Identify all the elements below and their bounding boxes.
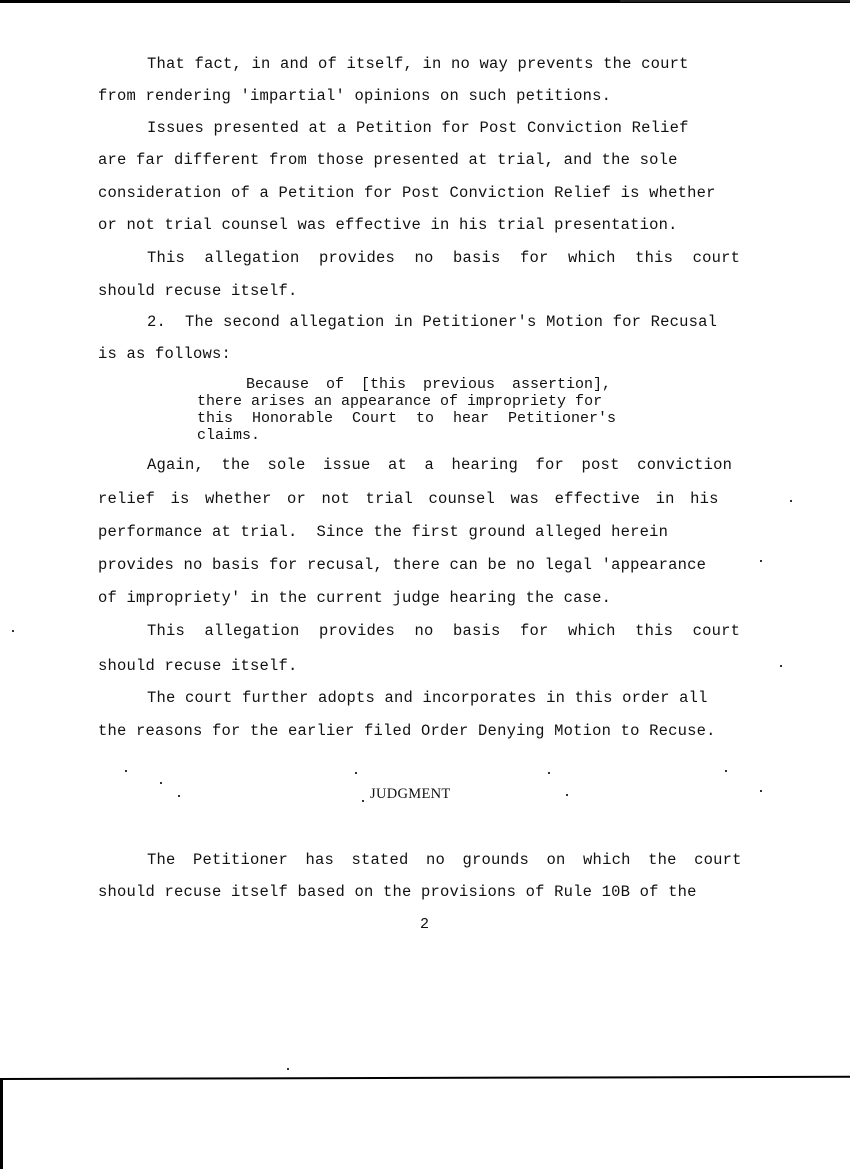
paragraph-3-line-2: should recuse itself. <box>98 282 298 300</box>
scan-bottom-border <box>0 1076 850 1080</box>
scan-speck <box>760 790 762 792</box>
scan-speck <box>362 800 364 802</box>
block-quote-line-3: this Honorable Court to hear Petitioner'… <box>197 410 616 427</box>
block-quote-line-4: claims. <box>197 427 260 444</box>
scan-speck <box>566 794 568 796</box>
paragraph-9-line-1: The Petitioner has stated no grounds on … <box>147 851 742 869</box>
paragraph-6-line-1: Again, the sole issue at a hearing for p… <box>147 456 732 474</box>
scan-speck <box>125 770 127 772</box>
scan-speck <box>548 772 550 774</box>
paragraph-1-line-2: from rendering 'impartial' opinions on s… <box>98 87 611 105</box>
paragraph-1-line-1: That fact, in and of itself, in no way p… <box>147 55 742 73</box>
page-number: 2 <box>420 916 429 933</box>
scan-speck <box>160 782 162 784</box>
paragraph-7-line-1: This allegation provides no basis for wh… <box>147 622 740 640</box>
section-heading-judgment: JUDGMENT <box>370 786 451 803</box>
scan-speck <box>287 1068 289 1070</box>
paragraph-8-line-1: The court further adopts and incorporate… <box>147 689 708 707</box>
scan-top-border-fade <box>620 0 850 2</box>
paragraph-6-line-5: of impropriety' in the current judge hea… <box>98 589 611 607</box>
numbered-allegation-2-line-2: is as follows: <box>98 345 231 363</box>
scan-speck <box>780 665 782 667</box>
scan-speck <box>725 770 727 772</box>
paragraph-6-line-4: provides no basis for recusal, there can… <box>98 556 706 574</box>
scan-speck <box>12 630 14 632</box>
paragraph-3-line-1: This allegation provides no basis for wh… <box>147 249 740 267</box>
numbered-allegation-2-line-1: 2. The second allegation in Petitioner's… <box>147 313 717 331</box>
paragraph-7-line-2: should recuse itself. <box>98 657 298 675</box>
paragraph-2-line-4: or not trial counsel was effective in hi… <box>98 216 678 234</box>
scan-speck <box>178 795 180 797</box>
block-quote-line-1: Because of [this previous assertion], <box>246 376 611 393</box>
paragraph-2-line-3: consideration of a Petition for Post Con… <box>98 184 716 202</box>
paragraph-9-line-2: should recuse itself based on the provis… <box>98 883 697 901</box>
scan-speck <box>355 772 357 774</box>
scan-speck <box>790 500 792 502</box>
paragraph-6-line-3: performance at trial. Since the first gr… <box>98 523 668 541</box>
block-quote-line-2: there arises an appearance of impropriet… <box>197 393 602 410</box>
scan-left-edge <box>0 1078 3 1169</box>
scan-speck <box>760 560 762 562</box>
paragraph-8-line-2: the reasons for the earlier filed Order … <box>98 722 716 740</box>
paragraph-2-line-2: are far different from those presented a… <box>98 151 678 169</box>
paragraph-6-line-2: relief is whether or not trial counsel w… <box>98 490 719 508</box>
paragraph-2-line-1: Issues presented at a Petition for Post … <box>147 119 689 137</box>
